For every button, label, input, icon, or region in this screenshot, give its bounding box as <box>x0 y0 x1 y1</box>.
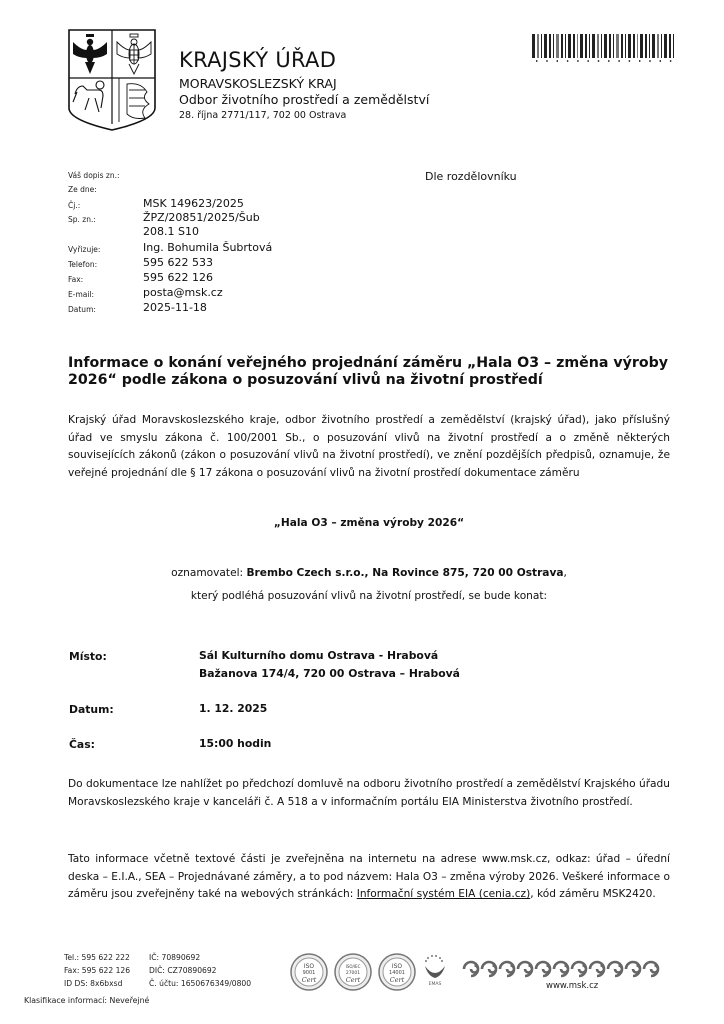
svg-text:Cert: Cert <box>390 976 405 984</box>
footer-id-ds: ID DS: 8x6bxsd <box>64 977 130 990</box>
intro-paragraph: Krajský úřad Moravskoslezského kraje, od… <box>68 412 670 482</box>
access-paragraph: Do dokumentace lze nahlížet po předchozí… <box>68 776 670 811</box>
coat-of-arms-icon <box>67 28 157 132</box>
iso-9001-cert-icon: ISO9001Cert <box>289 952 329 992</box>
time-label: Čas: <box>69 738 95 751</box>
footer-contact: Tel.: 595 622 222 Fax: 595 622 126 ID DS… <box>64 951 130 990</box>
svg-text:EMAS: EMAS <box>429 981 442 987</box>
ref-label-date-of: Ze dne: <box>68 185 97 194</box>
publication-paragraph: Tato informace včetně textové části je z… <box>68 851 670 904</box>
notifier-value: Brembo Czech s.r.o., Na Rovince 875, 720… <box>246 567 563 579</box>
notifier-note: který podléhá posuzování vlivů na životn… <box>68 590 670 602</box>
time-value: 15:00 hodin <box>199 735 271 753</box>
ref-value-phone: 595 622 533 <box>143 256 213 269</box>
footer-tel: Tel.: 595 622 222 <box>64 951 130 964</box>
ref-value-email[interactable]: posta@msk.cz <box>143 286 223 299</box>
notifier-suffix: , <box>564 567 567 579</box>
iso-27001-cert-icon: ISO/IEC27001Cert <box>333 952 373 992</box>
ref-value-sp-zn: ŽPZ/20851/2025/Šub <box>143 211 260 224</box>
classification-label: Klasifikace informací: Neveřejné <box>24 996 149 1005</box>
svg-text:Cert: Cert <box>346 976 361 984</box>
ref-label-handler: Vyřizuje: <box>68 245 100 254</box>
ref-label-email: E-mail: <box>68 290 94 299</box>
svg-text:ISO: ISO <box>304 963 315 970</box>
place-label: Místo: <box>69 650 107 663</box>
org-title: KRAJSKÝ ÚŘAD <box>179 48 336 72</box>
ref-label-phone: Telefon: <box>68 260 97 269</box>
svg-text:ISO: ISO <box>392 963 403 970</box>
recipient: Dle rozdělovníku <box>425 170 517 183</box>
notifier-label: oznamovatel: <box>171 567 246 579</box>
footer-dic: DIČ: CZ70890692 <box>149 964 251 977</box>
org-address: 28. října 2771/117, 702 00 Ostrava <box>179 110 346 121</box>
ref-label-fax: Fax: <box>68 275 83 284</box>
footer-account: Č. účtu: 1650676349/0800 <box>149 977 251 990</box>
date-value: 1. 12. 2025 <box>199 700 267 718</box>
ref-value-cj: MSK 149623/2025 <box>143 197 244 210</box>
ref-value-fax: 595 622 126 <box>143 271 213 284</box>
eia-system-link[interactable]: Informační systém EIA (cenia.cz) <box>357 888 531 900</box>
date-label: Datum: <box>69 703 114 716</box>
chain-logo-icon <box>462 960 662 978</box>
footer-ic: IČ: 70890692 <box>149 951 251 964</box>
svg-text:ISO/IEC: ISO/IEC <box>346 964 361 969</box>
document-title: Informace o konání veřejného projednání … <box>68 355 668 389</box>
ref-label-cj: Čj.: <box>68 201 80 210</box>
publication-text-end: , kód záměru MSK2420. <box>530 888 656 900</box>
place-line-2: Bažanova 174/4, 720 00 Ostrava – Hrabová <box>199 665 460 683</box>
ref-label-your-letter: Váš dopis zn.: <box>68 171 120 180</box>
place-line-1: Sál Kulturního domu Ostrava - Hrabová <box>199 647 438 665</box>
project-name: „Hala O3 – změna výroby 2026“ <box>68 517 670 529</box>
emas-logo-icon: EMAS <box>420 952 450 992</box>
ref-value-file-code: 208.1 S10 <box>143 225 199 238</box>
ref-label-sp-zn: Sp. zn.: <box>68 215 96 224</box>
svg-text:Cert: Cert <box>302 976 317 984</box>
ref-value-handler: Ing. Bohumila Šubrtová <box>143 241 272 254</box>
notifier-line: oznamovatel: Brembo Czech s.r.o., Na Rov… <box>68 567 670 579</box>
footer-website[interactable]: www.msk.cz <box>546 981 598 991</box>
barcode-icon <box>530 34 680 64</box>
org-department: Odbor životního prostředí a zemědělství <box>179 92 429 107</box>
iso-14001-cert-icon: ISO14001Cert <box>377 952 417 992</box>
ref-label-date: Datum: <box>68 305 96 314</box>
org-region: MORAVSKOSLEZSKÝ KRAJ <box>179 76 337 91</box>
ref-value-date: 2025-11-18 <box>143 301 207 314</box>
footer-company-ids: IČ: 70890692 DIČ: CZ70890692 Č. účtu: 16… <box>149 951 251 990</box>
footer-fax: Fax: 595 622 126 <box>64 964 130 977</box>
